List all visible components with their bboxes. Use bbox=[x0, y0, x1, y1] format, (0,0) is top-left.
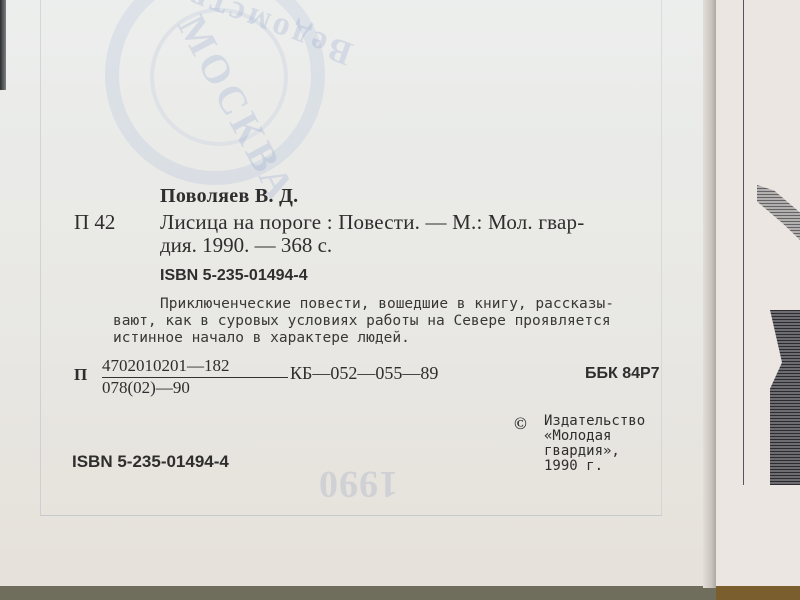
publisher-line-1: Издательство bbox=[544, 414, 645, 429]
classification-numerator: 4702010201—182 bbox=[102, 356, 230, 376]
author: Поволяев В. Д. bbox=[160, 185, 298, 208]
publisher-line-2: «Молодая bbox=[544, 429, 645, 444]
isbn-top: ISBN 5-235-01494-4 bbox=[160, 267, 308, 285]
isbn-bottom: ISBN 5-235-01494-4 bbox=[72, 452, 229, 472]
page-shadow bbox=[0, 0, 6, 90]
table-surface bbox=[716, 586, 800, 600]
publisher-line-4: 1990 г. bbox=[544, 459, 645, 474]
catalog-code: П 42 bbox=[74, 210, 115, 235]
annotation: Приключенческие повести, вошедшие в книг… bbox=[113, 296, 653, 347]
annotation-line-3: истинное начало в характере людей. bbox=[113, 330, 653, 347]
book-page: Ведомств МОСКВА 1990 Поволяев В. Д. П 42… bbox=[0, 0, 712, 586]
bleed-through-year: 1990 bbox=[318, 462, 398, 506]
copyright-icon: © bbox=[514, 414, 527, 434]
annotation-line-2: вают, как в суровых условиях работы на С… bbox=[113, 313, 653, 330]
page-edge bbox=[703, 0, 717, 588]
kb-code: КБ—052—055—89 bbox=[290, 363, 438, 384]
classification-letter: П bbox=[74, 365, 87, 385]
publisher-block: Издательство «Молодая гвардия», 1990 г. bbox=[544, 414, 645, 474]
publisher-line-3: гвардия», bbox=[544, 444, 645, 459]
annotation-line-1: Приключенческие повести, вошедшие в книг… bbox=[113, 296, 653, 313]
title-line-2: дия. 1990. — 368 с. bbox=[160, 233, 332, 258]
title-line-1: Лисица на пороге : Повести. — М.: Мол. г… bbox=[160, 210, 584, 235]
bbk-code: ББК 84Р7 bbox=[585, 365, 660, 383]
classification-denominator: 078(02)—90 bbox=[102, 378, 190, 398]
